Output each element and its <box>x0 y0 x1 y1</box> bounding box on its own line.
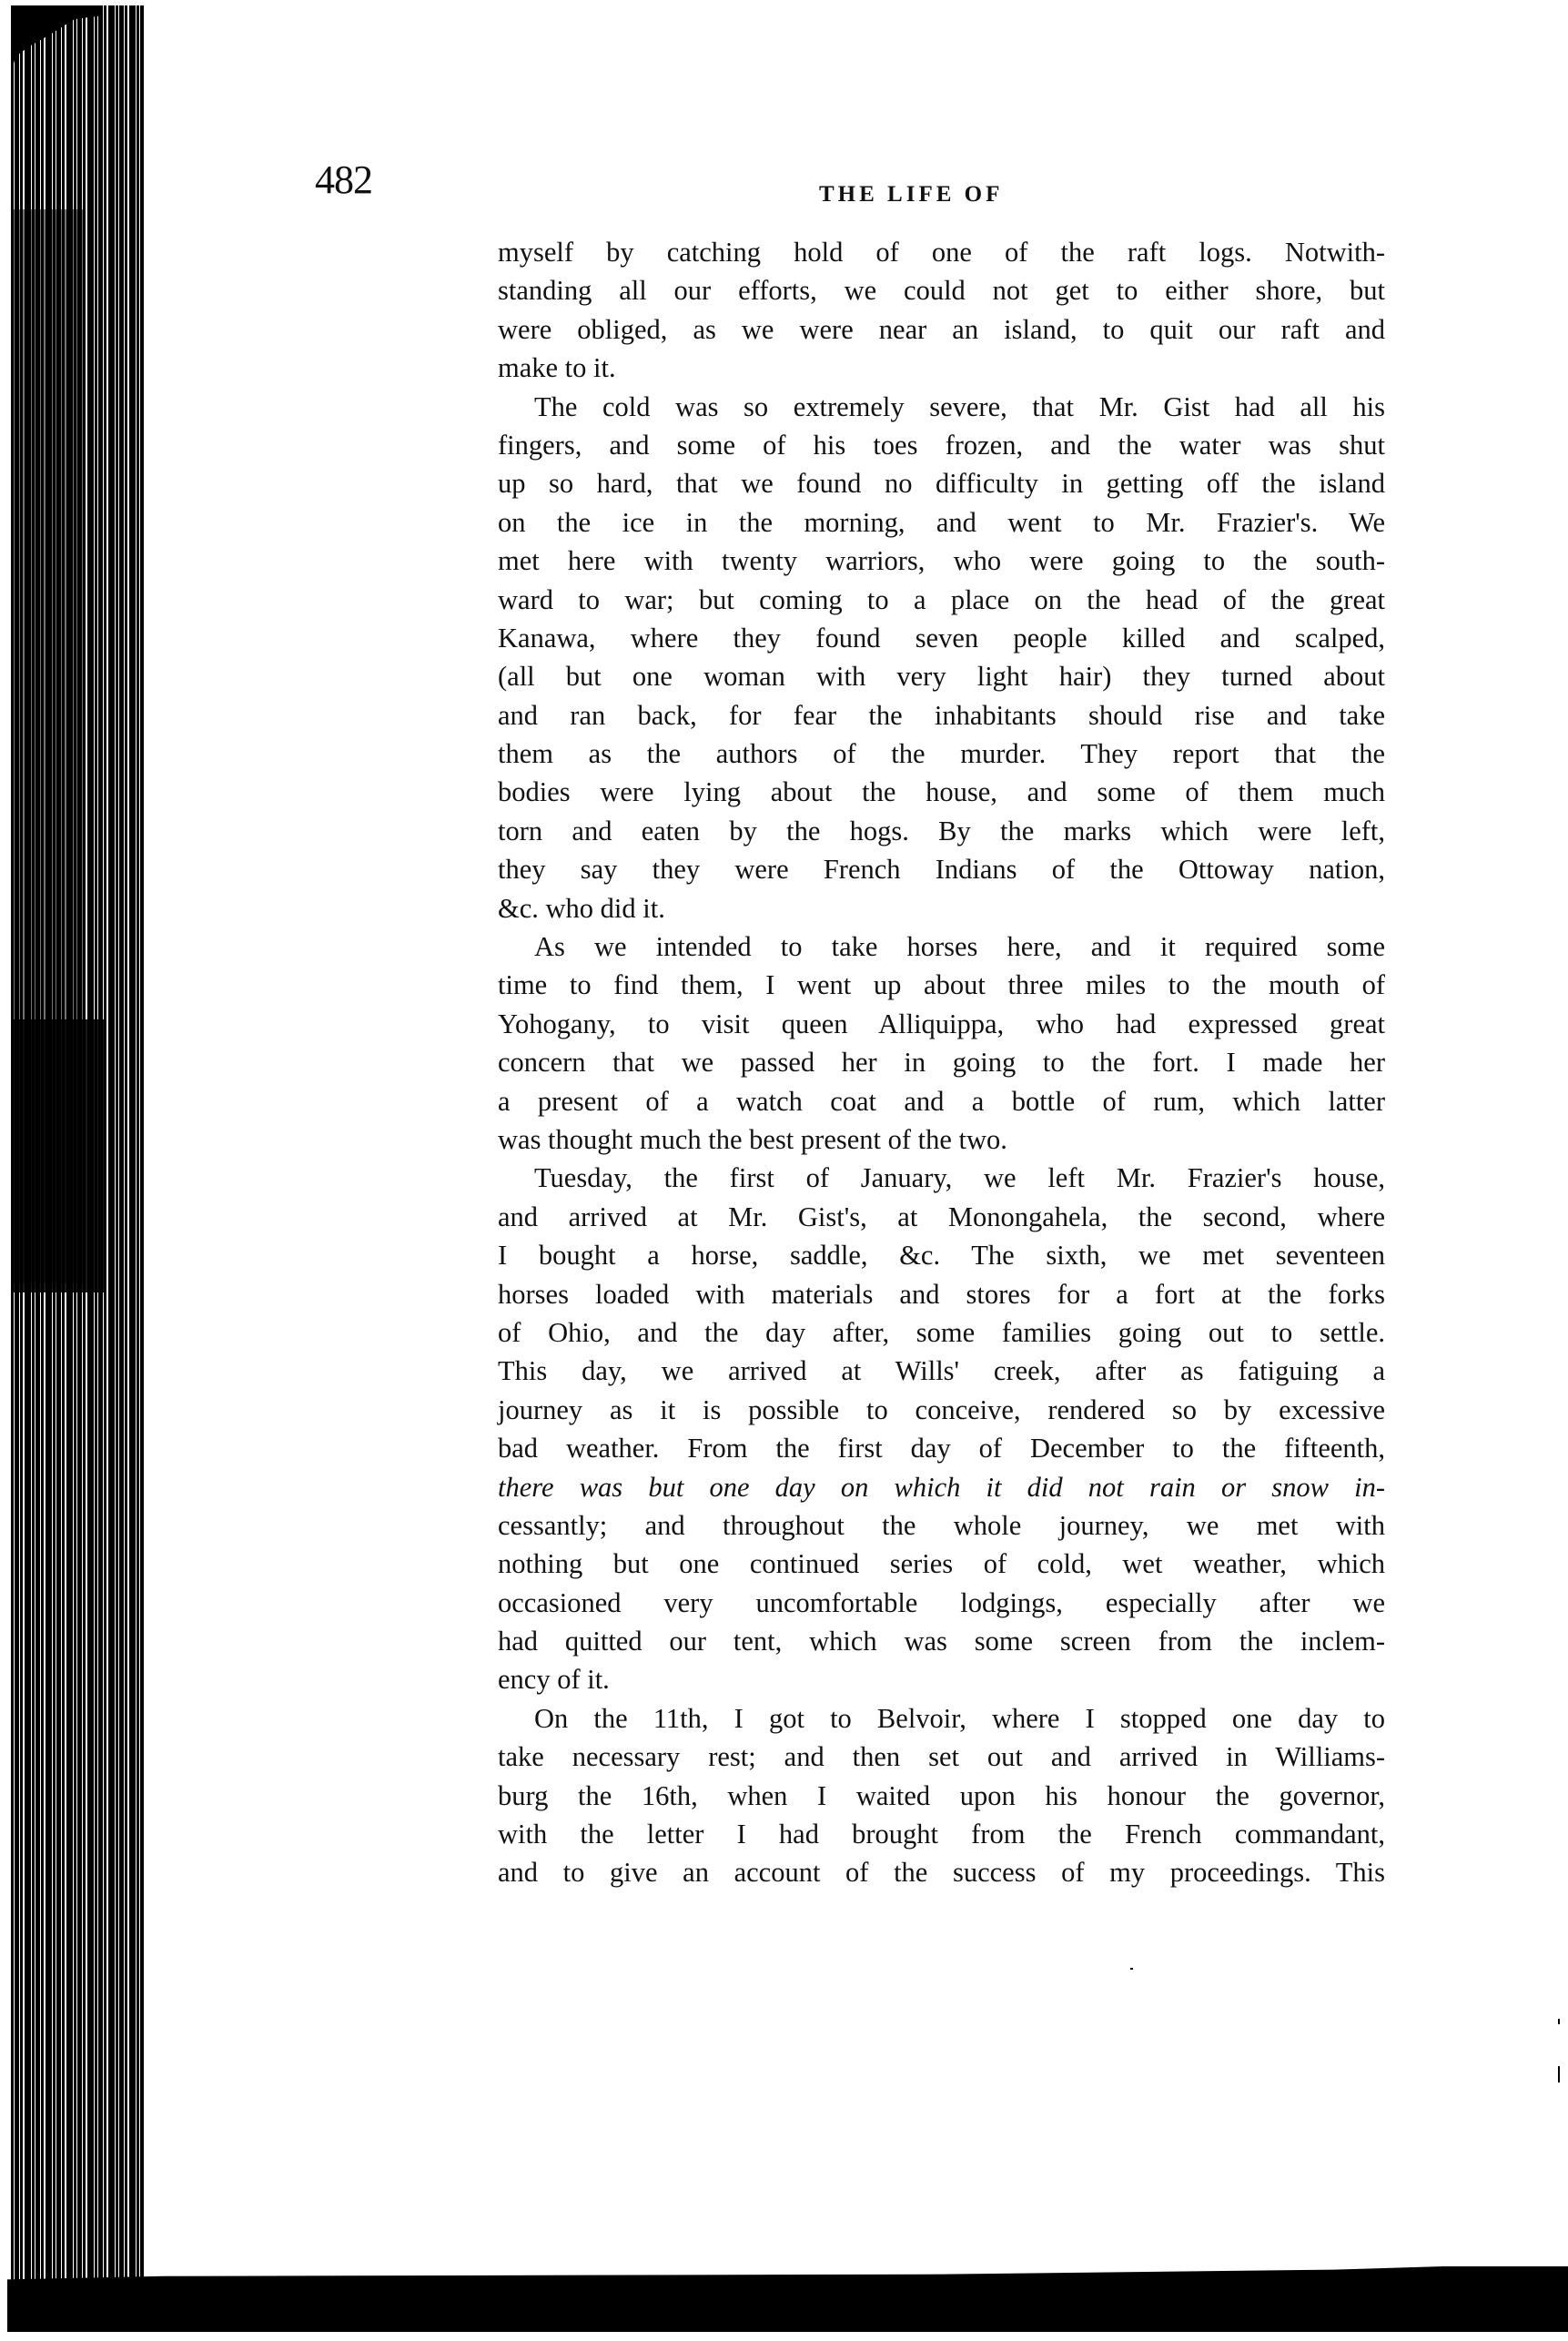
text-line: had quitted our tent, which was some scr… <box>498 1622 1385 1660</box>
text-line: ward to war; but coming to a place on th… <box>498 581 1385 619</box>
text-line: were obliged, as we were near an island,… <box>498 310 1385 349</box>
text-line: As we intended to take horses here, and … <box>498 927 1385 966</box>
text-line: torn and eaten by the hogs. By the marks… <box>498 812 1385 850</box>
text-line: there was but one day on which it did no… <box>498 1468 1385 1506</box>
page-header: 482 THE LIFE OF <box>0 0 1568 218</box>
text-line: take necessary rest; and then set out an… <box>498 1738 1385 1776</box>
text-line: myself by catching hold of one of the ra… <box>498 233 1385 271</box>
text-line: journey as it is possible to conceive, r… <box>498 1391 1385 1429</box>
text-line: and ran back, for fear the inhabitants s… <box>498 696 1385 735</box>
binding-shadow <box>13 1019 104 1292</box>
text-line: Yohogany, to visit queen Alliquippa, who… <box>498 1005 1385 1043</box>
text-line: occasioned very uncomfortable lodgings, … <box>498 1584 1385 1622</box>
text-line: was thought much the best present of the… <box>498 1120 1385 1159</box>
body-text: myself by catching hold of one of the ra… <box>498 233 1385 1892</box>
text-line: them as the authors of the murder. They … <box>498 735 1385 773</box>
text-line: concern that we passed her in going to t… <box>498 1043 1385 1081</box>
scan-bottom-edge <box>7 2266 1568 2332</box>
text-line: and arrived at Mr. Gist's, at Monongahel… <box>498 1198 1385 1236</box>
text-line: on the ice in the morning, and went to M… <box>498 503 1385 542</box>
text-line: cessantly; and throughout the whole jour… <box>498 1506 1385 1545</box>
page-number: 482 <box>315 160 372 200</box>
text-line: I bought a horse, saddle, &c. The sixth,… <box>498 1236 1385 1274</box>
scan-speck <box>1558 2019 1560 2024</box>
text-line: Kanawa, where they found seven people ki… <box>498 619 1385 657</box>
running-title: THE LIFE OF <box>819 183 1003 206</box>
text-line: Tuesday, the first of January, we left M… <box>498 1159 1385 1197</box>
text-line: The cold was so extremely severe, that M… <box>498 388 1385 426</box>
scan-speck <box>1558 2066 1560 2083</box>
text-line: up so hard, that we found no difficulty … <box>498 464 1385 502</box>
text-line: standing all our efforts, we could not g… <box>498 271 1385 309</box>
text-line: ency of it. <box>498 1660 1385 1698</box>
text-line: nothing but one continued series of cold… <box>498 1545 1385 1583</box>
text-line: they say they were French Indians of the… <box>498 850 1385 888</box>
scan-speck <box>1130 1968 1133 1970</box>
text-line: bodies were lying about the house, and s… <box>498 773 1385 811</box>
text-line: of Ohio, and the day after, some familie… <box>498 1313 1385 1352</box>
text-line: horses loaded with materials and stores … <box>498 1275 1385 1313</box>
text-line: (all but one woman with very light hair)… <box>498 657 1385 695</box>
text-line: with the letter I had brought from the F… <box>498 1815 1385 1853</box>
text-line: and to give an account of the success of… <box>498 1853 1385 1891</box>
text-line: fingers, and some of his toes frozen, an… <box>498 426 1385 464</box>
text-line: met here with twenty warriors, who were … <box>498 542 1385 580</box>
text-line: bad weather. From the first day of Decem… <box>498 1429 1385 1467</box>
text-line: This day, we arrived at Wills' creek, af… <box>498 1352 1385 1390</box>
text-line: burg the 16th, when I waited upon his ho… <box>498 1777 1385 1815</box>
text-line: &c. who did it. <box>498 889 1385 927</box>
text-line: make to it. <box>498 349 1385 387</box>
text-line: a present of a watch coat and a bottle o… <box>498 1082 1385 1120</box>
text-line: time to find them, I went up about three… <box>498 966 1385 1004</box>
text-line: On the 11th, I got to Belvoir, where I s… <box>498 1699 1385 1738</box>
